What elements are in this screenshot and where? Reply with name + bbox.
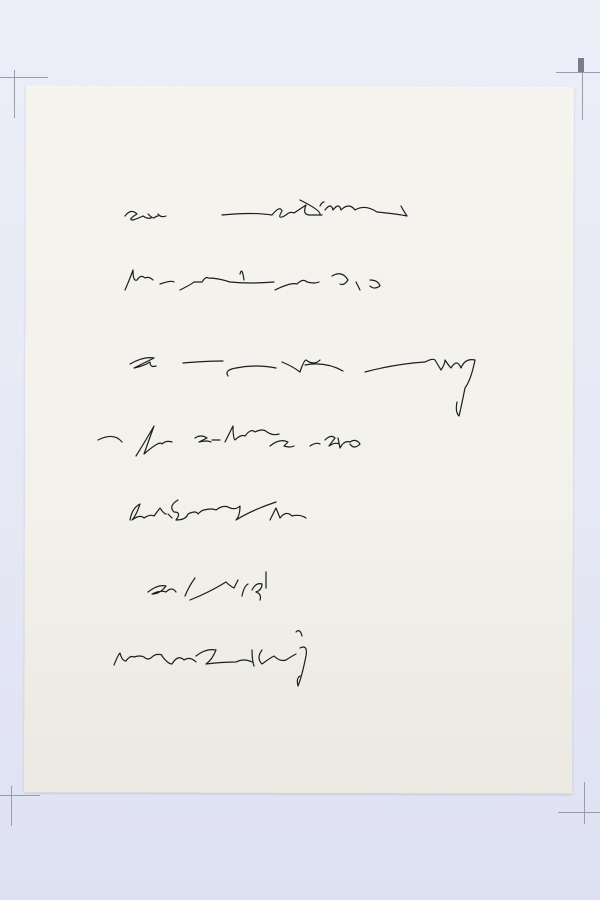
script-line-5	[130, 500, 306, 520]
script-line-7	[114, 631, 306, 686]
script-line-1	[125, 200, 407, 220]
script-line-6	[148, 572, 266, 600]
asemic-handwriting	[0, 0, 600, 900]
script-line-4	[98, 426, 360, 456]
script-line-2	[125, 270, 380, 290]
script-line-3	[130, 358, 475, 416]
